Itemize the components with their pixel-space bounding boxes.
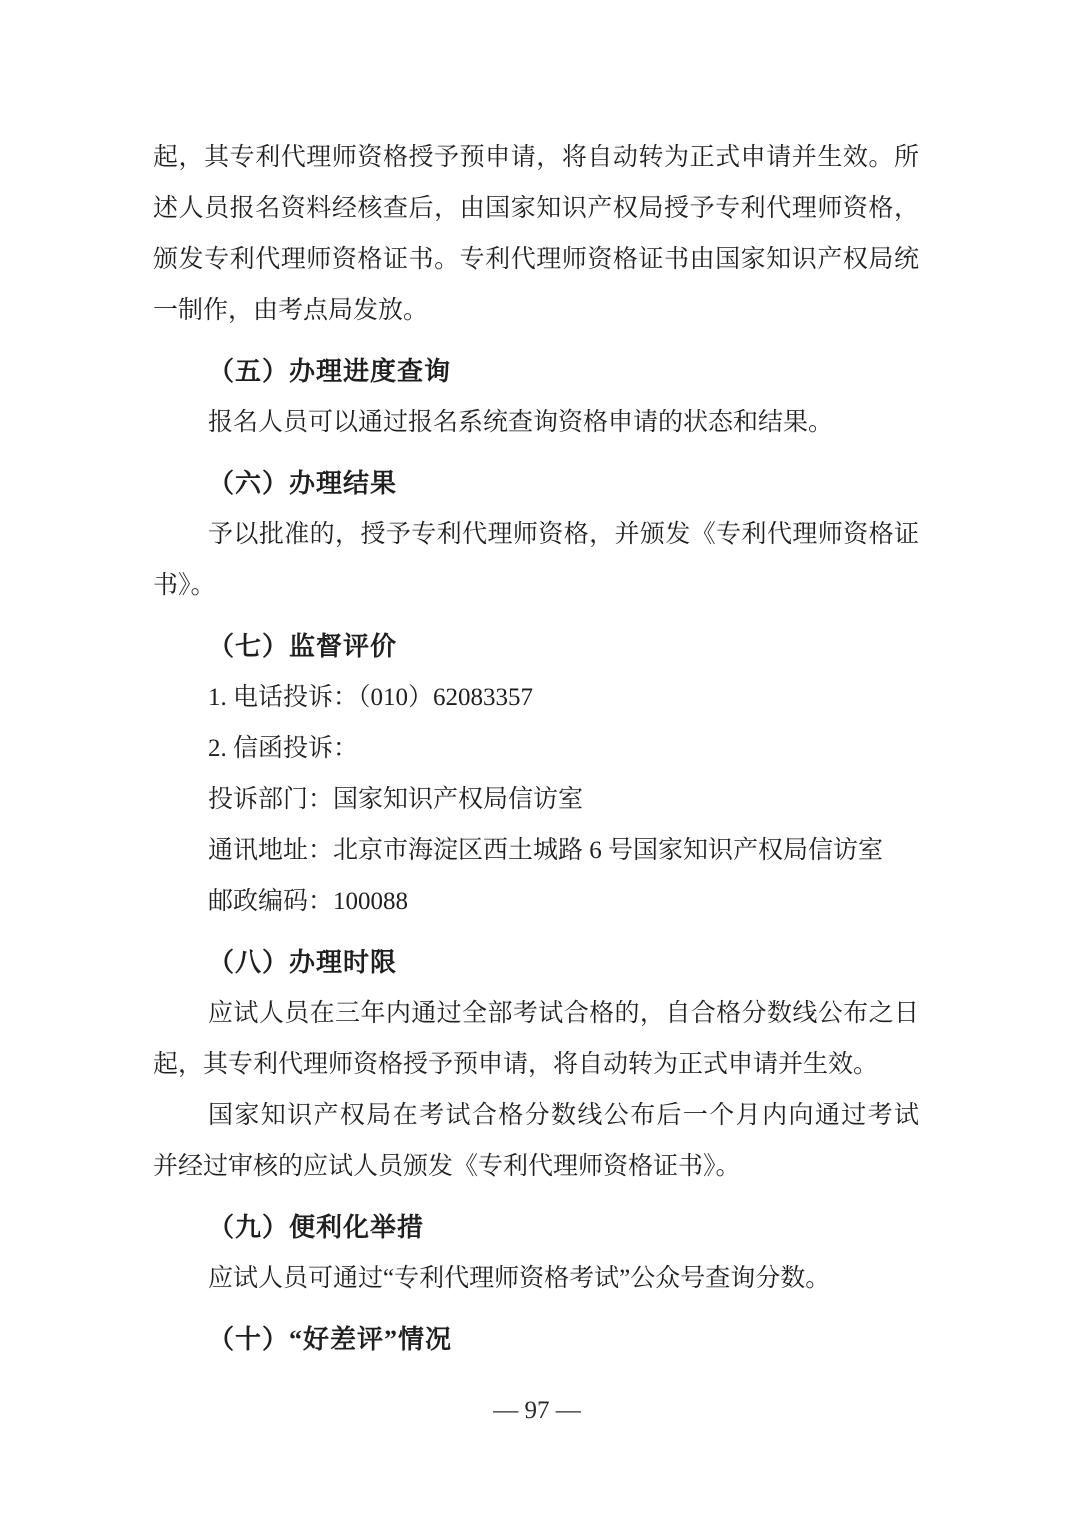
section-heading-9: （九）便利化举措: [153, 1202, 919, 1253]
text-line: 并经过审核的应试人员颁发《专利代理师资格证书》。: [153, 1141, 919, 1192]
page-footer: — 97 —: [0, 1385, 1074, 1436]
section-heading-10: （十）“好差评”情况: [153, 1314, 919, 1365]
text-line: 述人员报名资料经核查后，由国家知识产权局授予专利代理师资格，: [153, 183, 919, 234]
section-heading-7: （七）监督评价: [153, 621, 919, 672]
list-item-letter-complaint: 2. 信函投诉：: [153, 723, 919, 774]
document-page: 起，其专利代理师资格授予预申请，将自动转为正式申请并生效。所 述人员报名资料经核…: [0, 0, 1074, 1520]
list-item-mailing-address: 通讯地址：北京市海淀区西土城路 6 号国家知识产权局信访室: [153, 825, 919, 876]
text-line: 颁发专利代理师资格证书。专利代理师资格证书由国家知识产权局统: [153, 234, 919, 285]
text-line: 一制作，由考点局发放。: [153, 285, 919, 336]
text-line: 予以批准的，授予专利代理师资格，并颁发《专利代理师资格证: [153, 509, 919, 560]
text-line: 报名人员可以通过报名系统查询资格申请的状态和结果。: [153, 397, 919, 448]
list-item-postal-code: 邮政编码：100088: [153, 876, 919, 927]
text-line: 起，其专利代理师资格授予预申请，将自动转为正式申请并生效。: [153, 1039, 919, 1090]
document-body: 起，其专利代理师资格授予预申请，将自动转为正式申请并生效。所 述人员报名资料经核…: [153, 132, 919, 1365]
section-heading-5: （五）办理进度查询: [153, 346, 919, 397]
list-item-complaint-department: 投诉部门：国家知识产权局信访室: [153, 774, 919, 825]
section-heading-8: （八）办理时限: [153, 937, 919, 988]
section-heading-6: （六）办理结果: [153, 458, 919, 509]
list-item-phone-complaint: 1. 电话投诉：（010）62083357: [153, 672, 919, 723]
text-line: 国家知识产权局在考试合格分数线公布后一个月内向通过考试: [153, 1090, 919, 1141]
text-line: 起，其专利代理师资格授予预申请，将自动转为正式申请并生效。所: [153, 132, 919, 183]
text-line: 书》。: [153, 560, 919, 611]
page-number: — 97 —: [493, 1397, 581, 1424]
text-line: 应试人员可通过“专利代理师资格考试”公众号查询分数。: [153, 1253, 919, 1304]
text-line: 应试人员在三年内通过全部考试合格的，自合格分数线公布之日: [153, 988, 919, 1039]
